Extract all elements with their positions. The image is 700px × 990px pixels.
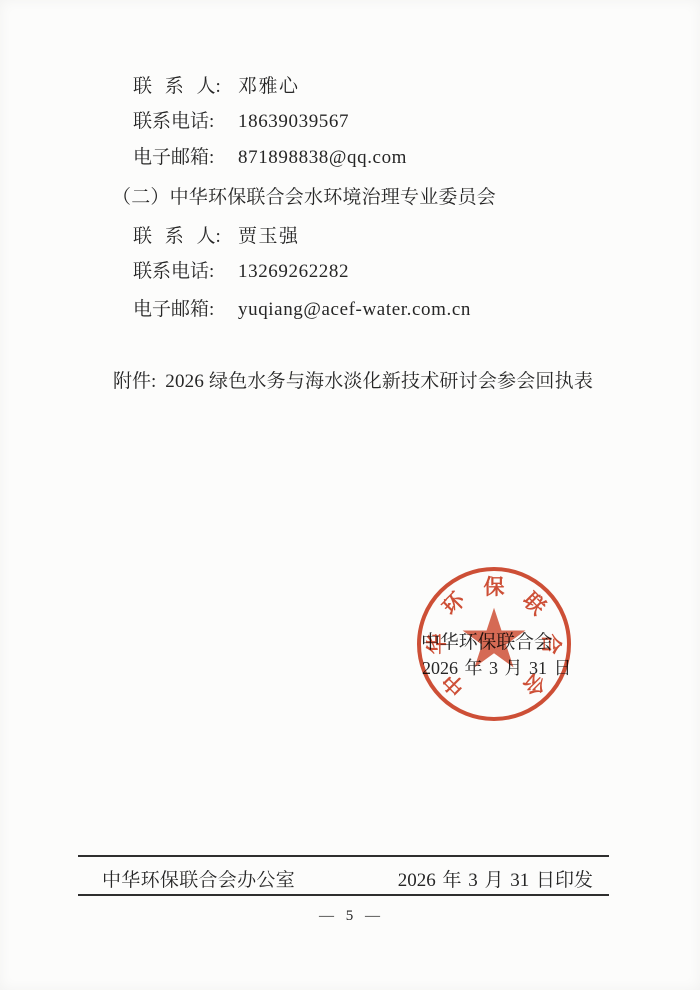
footer-top-rule — [78, 855, 609, 857]
footer-issuing-office: 中华环保联合会办公室 — [102, 865, 295, 892]
contact-email-line-1: 电子邮箱:871898838@qq.com — [133, 147, 407, 169]
official-seal: ★ 中 华 环 保 联 合 会 — [417, 567, 571, 721]
attachment-line: 附件:2026 绿色水务与海水淡化新技术研讨会参会回执表 — [113, 371, 593, 393]
contact-phone-line-2: 联系电话:13269262282 — [133, 261, 349, 283]
seal-star-icon: ★ — [457, 599, 531, 681]
seal-char: 华 — [425, 632, 449, 656]
contact-email-label: 电子邮箱: — [133, 299, 225, 321]
footer-bottom-rule — [78, 894, 609, 896]
contact-person-line-2: 联 系 人:贾玉强 — [133, 226, 300, 248]
contact-email-address: 871898838@qq.com — [238, 147, 407, 168]
attachment-label: 附件: — [113, 371, 156, 392]
contact-email-label: 电子邮箱: — [133, 147, 225, 169]
contact-email-address: yuqiang@acef-water.com.cn — [238, 299, 471, 320]
contact-email-line-2: 电子邮箱:yuqiang@acef-water.com.cn — [133, 299, 471, 321]
attachment-title: 2026 绿色水务与海水淡化新技术研讨会参会回执表 — [165, 371, 593, 392]
contact-person-name: 贾玉强 — [238, 226, 300, 247]
contact-person-label: 联 系 人: — [133, 76, 225, 98]
contact-phone-number: 13269262282 — [238, 261, 349, 282]
contact-person-line-1: 联 系 人:邓雅心 — [133, 76, 300, 98]
contact-phone-line-1: 联系电话:18639039567 — [133, 111, 349, 133]
seal-char: 合 — [539, 632, 563, 656]
document-page: 联 系 人:邓雅心 联系电话:18639039567 电子邮箱:87189883… — [0, 0, 700, 990]
footer-print-date: 2026 年 3 月 31 日印发 — [398, 865, 593, 892]
section-2-heading: （二）中华环保联合会水环境治理专业委员会 — [112, 187, 496, 209]
contact-person-label: 联 系 人: — [133, 226, 225, 248]
page-number: — 5 — — [0, 908, 700, 925]
contact-phone-number: 18639039567 — [238, 111, 349, 132]
contact-phone-label: 联系电话: — [133, 261, 225, 283]
contact-phone-label: 联系电话: — [133, 111, 225, 133]
seal-char: 保 — [482, 575, 506, 599]
contact-person-name: 邓雅心 — [238, 76, 300, 97]
